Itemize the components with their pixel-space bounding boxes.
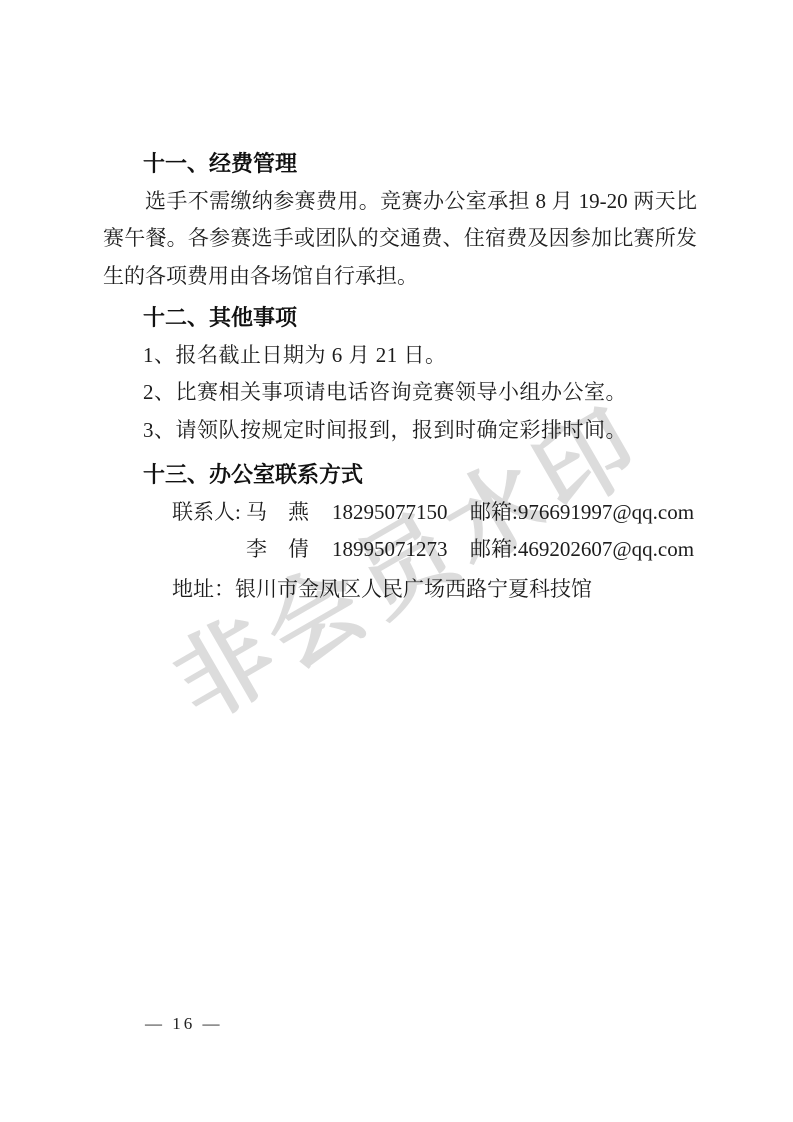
other-matters-item-1: 1、报名截止日期为 6 月 21 日。 <box>103 337 697 375</box>
contact-email-label: 邮箱: <box>470 500 518 524</box>
page-number: — 16 — <box>145 1012 223 1036</box>
address-label: 地址： <box>172 577 235 601</box>
contact-row-2: 李 倩 18995071273 邮箱:469202607@qq.com <box>103 531 697 569</box>
other-matters-item-3: 3、请领队按规定时间报到，报到时确定彩排时间。 <box>103 412 697 450</box>
contact-row-1: 联系人: 马 燕 18295077150 邮箱:976691997@qq.com <box>103 494 697 532</box>
contact-email-value: 469202607@qq.com <box>518 537 694 561</box>
contact-label <box>172 531 246 569</box>
contact-label: 联系人: <box>172 494 246 532</box>
section-heading-office-contact: 十三、办公室联系方式 <box>103 456 697 494</box>
address-value: 银川市金凤区人民广场西路宁夏科技馆 <box>235 577 592 601</box>
contact-name: 李 倩 <box>246 531 332 569</box>
contact-phone: 18995071273 <box>332 531 470 569</box>
contact-name: 马 燕 <box>246 494 332 532</box>
contact-phone: 18295077150 <box>332 494 470 532</box>
contact-email: 邮箱:976691997@qq.com <box>470 494 697 532</box>
contact-email-value: 976691997@qq.com <box>518 500 694 524</box>
section-expense-paragraph: 选手不需缴纳参赛费用。竞赛办公室承担 8 月 19-20 两天比赛午餐。各参赛选… <box>103 183 697 296</box>
contact-email: 邮箱:469202607@qq.com <box>470 531 697 569</box>
contact-email-label: 邮箱: <box>470 537 518 561</box>
document-content: 十一、经费管理 选手不需缴纳参赛费用。竞赛办公室承担 8 月 19-20 两天比… <box>103 145 697 608</box>
document-page: 非会员水印 十一、经费管理 选手不需缴纳参赛费用。竞赛办公室承担 8 月 19-… <box>0 0 793 1122</box>
address-row: 地址：银川市金凤区人民广场西路宁夏科技馆 <box>103 571 697 609</box>
section-heading-other-matters: 十二、其他事项 <box>103 299 697 337</box>
other-matters-item-2: 2、比赛相关事项请电话咨询竞赛领导小组办公室。 <box>103 374 697 412</box>
section-heading-expense-management: 十一、经费管理 <box>103 145 697 183</box>
